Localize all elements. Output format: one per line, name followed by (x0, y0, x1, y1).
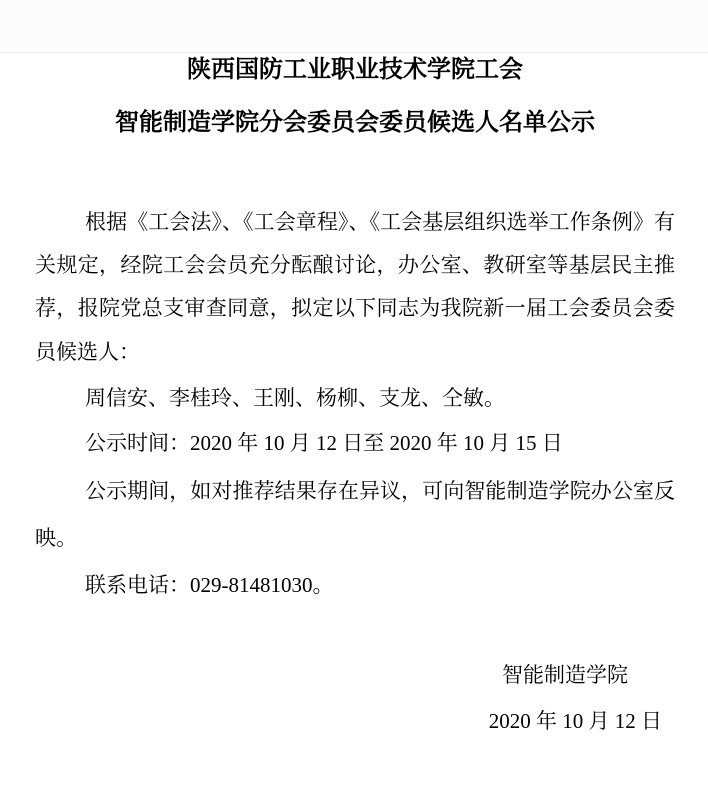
signature-date: 2020 年 10 月 12 日 (35, 709, 662, 734)
signature-organization: 智能制造学院 (35, 663, 628, 688)
document-title-line-2: 智能制造学院分会委员会委员候选人名单公示 (35, 109, 675, 137)
body-line-8: 映。 (35, 526, 675, 551)
contact-phone-line: 联系电话：029-81481030。 (35, 573, 675, 598)
candidate-names-line: 周信安、李桂玲、王刚、杨柳、支龙、仝敏。 (35, 386, 675, 411)
body-line-1: 根据《工会法》、《工会章程》、《工会基层组织选举工作条例》有 (35, 210, 675, 235)
body-line-7: 公示期间，如对推荐结果存在异议，可向智能制造学院办公室反 (35, 479, 675, 504)
body-line-4: 员候选人： (35, 340, 675, 365)
body-line-3: 荐，报院党总支审查同意，拟定以下同志为我院新一届工会委员会委 (35, 296, 675, 321)
page-top-edge (0, 0, 708, 53)
body-line-2: 关规定，经院工会会员充分酝酿讨论，办公室、教研室等基层民主推 (35, 253, 675, 278)
document-page: 陕西国防工业职业技术学院工会 智能制造学院分会委员会委员候选人名单公示 根据《工… (0, 0, 708, 788)
document-title-line-1: 陕西国防工业职业技术学院工会 (35, 56, 675, 84)
publicity-period-line: 公示时间：2020 年 10 月 12 日至 2020 年 10 月 15 日 (35, 431, 675, 456)
